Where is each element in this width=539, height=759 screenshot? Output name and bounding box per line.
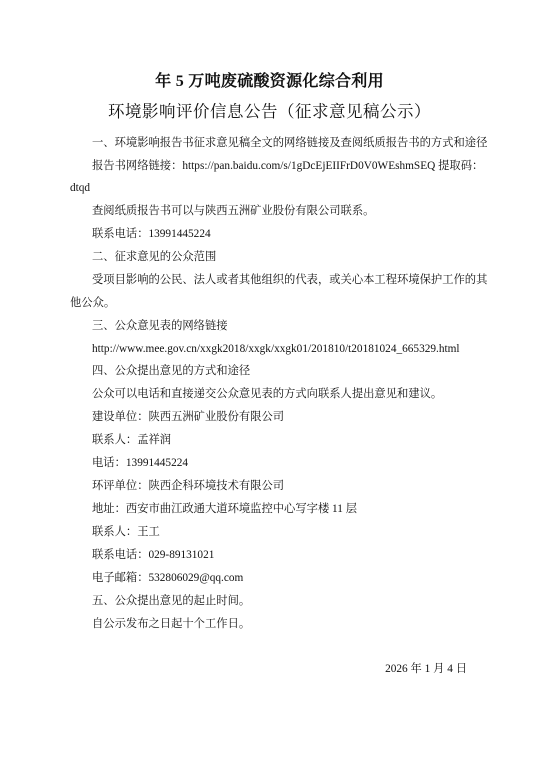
email[interactable]: 电子邮箱：532806029@qq.com — [92, 571, 243, 585]
section5-heading: 五、公众提出意见的起止时间。 — [92, 594, 250, 608]
document-page: 年 5 万吨废硫酸资源化综合利用 环境影响评价信息公告（征求意见稿公示） 一、环… — [0, 0, 539, 759]
document-title-line2: 环境影响评价信息公告（征求意见稿公示） — [0, 98, 539, 122]
section1-heading: 一、环境影响报告书征求意见稿全文的网络链接及查阅纸质报告书的方式和途径 — [92, 136, 487, 150]
section4-heading: 四、公众提出意见的方式和途径 — [92, 364, 250, 378]
eia-unit: 环评单位：陕西企科环境技术有限公司 — [92, 479, 284, 493]
paper-report-text: 查阅纸质报告书可以与陕西五洲矿业股份有限公司联系。 — [92, 204, 374, 218]
phone-1: 电话：13991445224 — [92, 456, 188, 470]
contact-person-1: 联系人：孟祥润 — [92, 433, 171, 447]
public-scope-text: 受项目影响的公民、法人或者其他组织的代表，或关心本工程环境保护工作的其 — [92, 273, 487, 287]
contact-phone-1: 联系电话：13991445224 — [92, 227, 211, 241]
publish-date: 2026 年 1 月 4 日 — [385, 660, 467, 676]
extraction-code: dtqd — [70, 181, 90, 195]
report-link-line[interactable]: 报告书网络链接：https://pan.baidu.com/s/1gDcEjEI… — [92, 159, 483, 173]
opinion-form-link[interactable]: http://www.mee.gov.cn/xxgk2018/xxgk/xxgk… — [92, 342, 460, 356]
construction-unit: 建设单位：陕西五洲矿业股份有限公司 — [92, 410, 284, 424]
section2-heading: 二、征求意见的公众范围 — [92, 250, 216, 264]
address: 地址：西安市曲江政通大道环境监控中心写字楼 11 层 — [92, 502, 357, 516]
contact-phone-2: 联系电话：029-89131021 — [92, 548, 214, 562]
contact-person-2: 联系人：王工 — [92, 525, 160, 539]
submission-method-text: 公众可以电话和直接递交公众意见表的方式向联系人提出意见和建议。 — [92, 387, 442, 401]
period-text: 自公示发布之日起十个工作日。 — [92, 617, 250, 631]
public-scope-text-cont: 他公众。 — [70, 296, 115, 310]
document-title-line1: 年 5 万吨废硫酸资源化综合利用 — [0, 68, 539, 91]
section3-heading: 三、公众意见表的网络链接 — [92, 319, 228, 333]
